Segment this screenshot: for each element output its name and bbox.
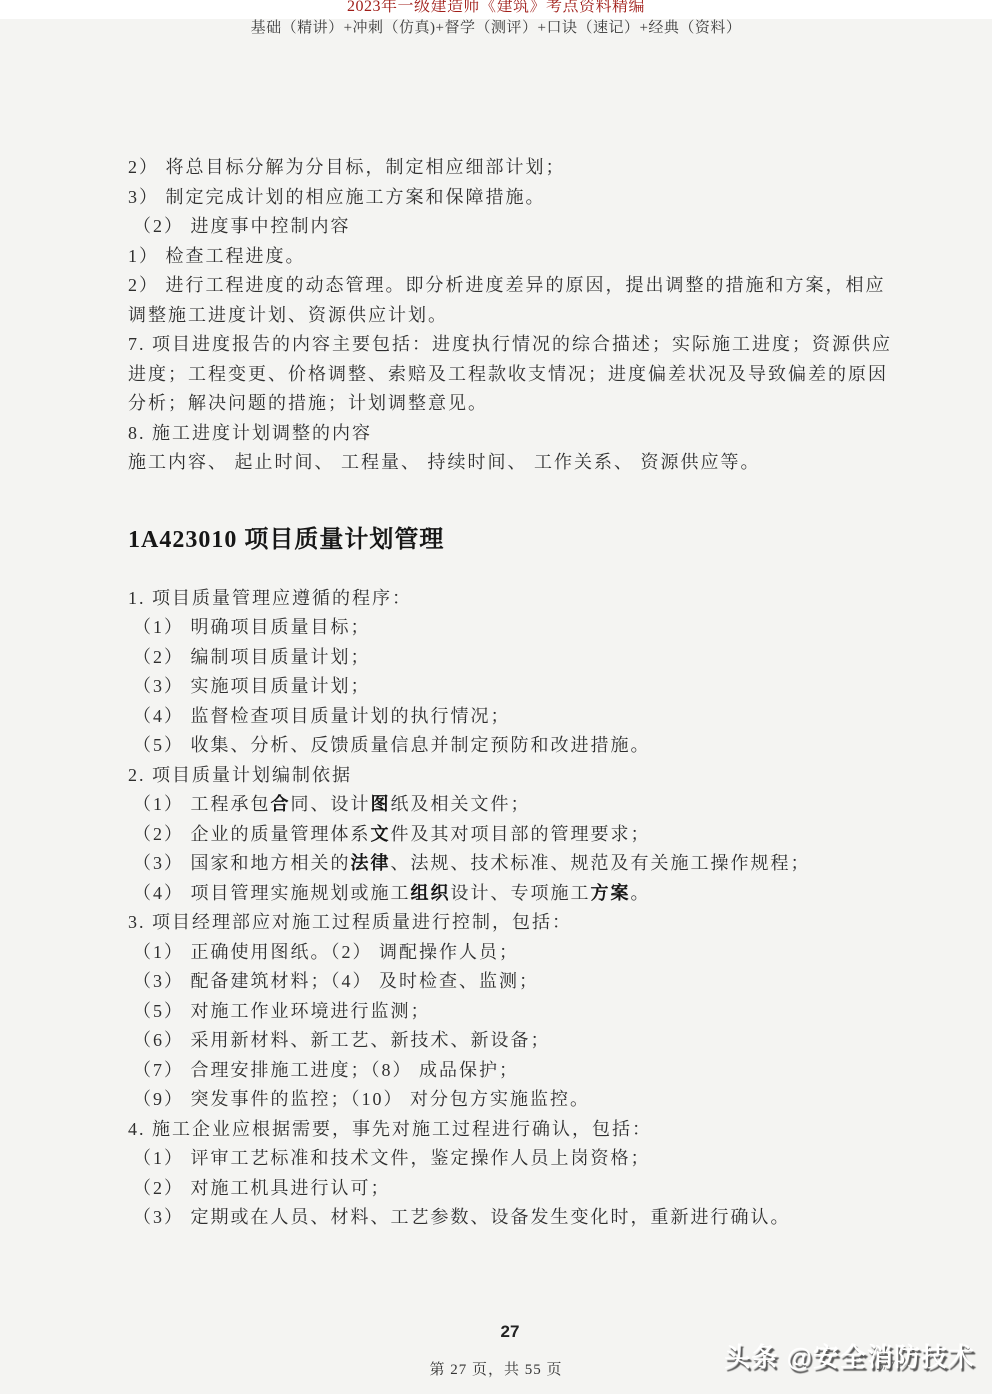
text-line: 1） 检查工程进度。 — [128, 242, 908, 272]
text: 1） 检查工程进度。 — [128, 246, 306, 266]
text: （3） 配备建筑材料；（4） 及时检查、监测； — [133, 971, 539, 991]
text-line: （9） 突发事件的监控；（10） 对分包方实施监控。 — [128, 1085, 908, 1115]
text-line: （4） 监督检查项目质量计划的执行情况； — [128, 702, 908, 732]
text: （5） 对施工作业环境进行监测； — [133, 1001, 431, 1021]
bold-text: 合 — [271, 794, 291, 814]
document-page: 2023年一级建造师《建筑》考点资料精编 基础（精讲）+冲刺（仿真)+督学（测评… — [0, 0, 992, 1394]
text-line: （5） 对施工作业环境进行监测； — [128, 997, 908, 1027]
text: （4） 项目管理实施规划或施工 — [133, 883, 411, 903]
text: （2） 进度事中控制内容 — [133, 216, 351, 236]
text-line: 7. 项目进度报告的内容主要包括：进度执行情况的综合描述；实际施工进度；资源供应 — [128, 330, 908, 360]
text: （3） 国家和地方相关的 — [133, 853, 351, 873]
bold-text: 图 — [371, 794, 391, 814]
text-line: （2） 企业的质量管理体系文件及其对项目部的管理要求； — [128, 820, 908, 850]
text: （6） 采用新材料、新工艺、新技术、新设备； — [133, 1030, 551, 1050]
text-line: 3） 制定完成计划的相应施工方案和保障措施。 — [128, 183, 908, 213]
section-heading: 1A423010 项目质量计划管理 — [128, 523, 908, 557]
text-line: （1） 正确使用图纸。（2） 调配操作人员； — [128, 938, 908, 968]
text-line: 施工内容、 起止时间、 工程量、 持续时间、 工作关系、 资源供应等。 — [128, 448, 908, 478]
bold-text: 法律 — [351, 853, 391, 873]
text-line: （3） 配备建筑材料；（4） 及时检查、监测； — [128, 967, 908, 997]
text: （4） 监督检查项目质量计划的执行情况； — [133, 706, 511, 726]
text: 3. 项目经理部应对施工过程质量进行控制，包括： — [128, 912, 572, 932]
text-line: 8. 施工进度计划调整的内容 — [128, 419, 908, 449]
text-line: （2） 进度事中控制内容 — [128, 212, 908, 242]
text: （7） 合理安排施工进度；（8） 成品保护； — [133, 1060, 519, 1080]
text-line: 调整施工进度计划、资源供应计划。 — [128, 301, 908, 331]
text: （1） 工程承包 — [133, 794, 271, 814]
text-line: 2. 项目质量计划编制依据 — [128, 761, 908, 791]
watermark: 头条 @安全消防技术 — [724, 1337, 975, 1374]
text-line: （1） 明确项目质量目标； — [128, 613, 908, 643]
text: 进度；工程变更、价格调整、索赔及工程款收支情况；进度偏差状况及导致偏差的原因 — [128, 364, 888, 384]
text-line: （5） 收集、分析、反馈质量信息并制定预防和改进措施。 — [128, 731, 908, 761]
text-line: （1） 工程承包合同、设计图纸及相关文件； — [128, 790, 908, 820]
text-line: （6） 采用新材料、新工艺、新技术、新设备； — [128, 1026, 908, 1056]
text: 2） 将总目标分解为分目标，制定相应细部计划； — [128, 157, 566, 177]
text: （2） 对施工机具进行认可； — [133, 1178, 391, 1198]
text: （3） 实施项目质量计划； — [133, 676, 371, 696]
text: 同、设计 — [291, 794, 371, 814]
text: 1. 项目质量管理应遵循的程序： — [128, 588, 412, 608]
text: 件及其对项目部的管理要求； — [391, 824, 651, 844]
text: 纸及相关文件； — [391, 794, 531, 814]
text-line: 2） 进行工程进度的动态管理。即分析进度差异的原因，提出调整的措施和方案，相应 — [128, 271, 908, 301]
bold-text: 文 — [371, 824, 391, 844]
text: 7. 项目进度报告的内容主要包括：进度执行情况的综合描述；实际施工进度；资源供应 — [128, 334, 892, 354]
text: （2） 编制项目质量计划； — [133, 647, 371, 667]
text: （1） 明确项目质量目标； — [133, 617, 371, 637]
text: 、法规、技术标准、规范及有关施工操作规程； — [391, 853, 811, 873]
text: （5） 收集、分析、反馈质量信息并制定预防和改进措施。 — [133, 735, 651, 755]
text: （3） 定期或在人员、材料、工艺参数、设备发生变化时，重新进行确认。 — [133, 1207, 791, 1227]
text: 分析；解决问题的措施；计划调整意见。 — [128, 393, 488, 413]
text-line: 1. 项目质量管理应遵循的程序： — [128, 584, 908, 614]
text-line: 2） 将总目标分解为分目标，制定相应细部计划； — [128, 153, 908, 183]
text-line: 3. 项目经理部应对施工过程质量进行控制，包括： — [128, 908, 908, 938]
text-line: （7） 合理安排施工进度；（8） 成品保护； — [128, 1056, 908, 1086]
text: 4. 施工企业应根据需要，事先对施工过程进行确认，包括： — [128, 1119, 652, 1139]
text: 8. 施工进度计划调整的内容 — [128, 423, 372, 443]
text: 施工内容、 起止时间、 工程量、 持续时间、 工作关系、 资源供应等。 — [128, 452, 761, 472]
text: （1） 评审工艺标准和技术文件，鉴定操作人员上岗资格； — [133, 1148, 651, 1168]
bold-text: 组织 — [411, 883, 451, 903]
text: 3） 制定完成计划的相应施工方案和保障措施。 — [128, 187, 546, 207]
text: 2. 项目质量计划编制依据 — [128, 765, 352, 785]
text-line: （3） 国家和地方相关的法律、法规、技术标准、规范及有关施工操作规程； — [128, 849, 908, 879]
text-line: （2） 编制项目质量计划； — [128, 643, 908, 673]
document-body: 2） 将总目标分解为分目标，制定相应细部计划；3） 制定完成计划的相应施工方案和… — [128, 153, 908, 1233]
text-line: （3） 实施项目质量计划； — [128, 672, 908, 702]
text-line: （1） 评审工艺标准和技术文件，鉴定操作人员上岗资格； — [128, 1144, 908, 1174]
text-line: 进度；工程变更、价格调整、索赔及工程款收支情况；进度偏差状况及导致偏差的原因 — [128, 360, 908, 390]
text-line: 4. 施工企业应根据需要，事先对施工过程进行确认，包括： — [128, 1115, 908, 1145]
text-line: （2） 对施工机具进行认可； — [128, 1174, 908, 1204]
text: （2） 企业的质量管理体系 — [133, 824, 371, 844]
text: 设计、专项施工 — [451, 883, 591, 903]
text-line: 分析；解决问题的措施；计划调整意见。 — [128, 389, 908, 419]
text: 。 — [631, 883, 651, 903]
text: 2） 进行工程进度的动态管理。即分析进度差异的原因，提出调整的措施和方案，相应 — [128, 275, 886, 295]
text-line: （3） 定期或在人员、材料、工艺参数、设备发生变化时，重新进行确认。 — [128, 1203, 908, 1233]
header-subtitle: 基础（精讲）+冲刺（仿真)+督学（测评）+口诀（速记）+经典（资料） — [0, 19, 992, 37]
bold-text: 方案 — [591, 883, 631, 903]
header-title: 2023年一级建造师《建筑》考点资料精编 — [0, 0, 992, 16]
text: （1） 正确使用图纸。（2） 调配操作人员； — [133, 942, 519, 962]
text-line: （4） 项目管理实施规划或施工组织设计、专项施工方案。 — [128, 879, 908, 909]
text: 调整施工进度计划、资源供应计划。 — [128, 305, 448, 325]
text: （9） 突发事件的监控；（10） 对分包方实施监控。 — [133, 1089, 590, 1109]
